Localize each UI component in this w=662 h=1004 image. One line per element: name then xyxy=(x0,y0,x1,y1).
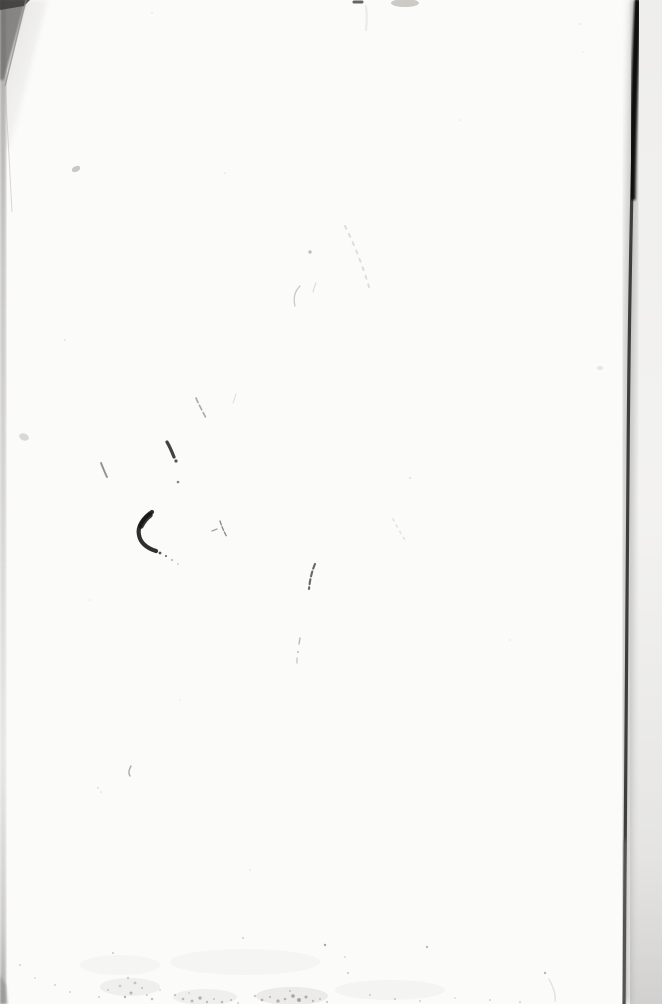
dust-speck xyxy=(112,952,114,954)
dust-speck xyxy=(394,998,396,1000)
dust-speck xyxy=(276,999,279,1002)
dust-speck xyxy=(191,1000,194,1003)
bold-ink-stroke xyxy=(167,442,174,457)
dust-speck xyxy=(159,989,161,991)
ink-stroke xyxy=(101,463,107,477)
dust-speck xyxy=(224,172,226,174)
dust-speck xyxy=(509,639,511,641)
faint-streak-upper xyxy=(345,226,369,287)
dust-speck xyxy=(291,994,295,998)
dust-speck xyxy=(146,994,148,996)
faint-speck xyxy=(100,791,102,793)
stain-wash xyxy=(170,949,320,975)
faint-speck xyxy=(151,12,153,14)
dust-speck xyxy=(98,996,100,998)
dust-speck xyxy=(409,477,411,479)
dust-speck xyxy=(130,992,133,995)
dust-speck xyxy=(319,998,321,1000)
dust-speck xyxy=(188,992,190,994)
speck xyxy=(347,972,349,974)
stain-wash xyxy=(335,980,445,1000)
speck xyxy=(426,946,428,948)
faint-spot xyxy=(597,366,603,370)
ink-dot xyxy=(165,555,167,557)
ink-dot xyxy=(171,559,173,561)
faint-tick xyxy=(313,283,316,292)
faint-speck xyxy=(97,787,99,789)
dust-speck xyxy=(141,987,143,989)
scanned-book-page xyxy=(0,0,662,1004)
dotted-mark xyxy=(299,638,300,644)
speckle-layer xyxy=(19,119,521,1004)
check-stroke xyxy=(220,521,227,537)
dust-speck xyxy=(297,998,301,1002)
faint-streak xyxy=(393,519,406,542)
dust-speck xyxy=(34,977,36,979)
dust-speck xyxy=(344,956,346,958)
dust-speck xyxy=(326,1001,328,1003)
speck xyxy=(544,972,546,974)
page-edge-soft-bottom-right xyxy=(623,840,626,1004)
dust-speck xyxy=(89,599,91,601)
dust-speck xyxy=(198,996,201,999)
check-dash xyxy=(212,529,217,531)
ink-dot xyxy=(159,552,162,555)
page-edge-strip-left xyxy=(0,0,6,1004)
smudge xyxy=(18,432,30,442)
stain-wash xyxy=(80,955,160,975)
scan-artifacts xyxy=(0,0,662,1004)
faint-speck xyxy=(582,51,584,53)
faint-tick xyxy=(233,394,236,403)
dust-speck xyxy=(174,994,176,996)
ink-marks-layer xyxy=(18,0,603,1004)
speck xyxy=(324,944,326,946)
dust-speck xyxy=(54,984,56,986)
dust-speck xyxy=(254,995,256,997)
ink-dot xyxy=(174,459,177,462)
dust-speck xyxy=(221,1001,224,1004)
ink-dot xyxy=(177,481,180,484)
dust-speck xyxy=(69,991,71,993)
dust-speck xyxy=(124,996,126,998)
dust-speck xyxy=(179,699,181,701)
dust-speck xyxy=(284,998,287,1001)
faint-curve xyxy=(549,979,555,1001)
dust-speck xyxy=(206,1001,208,1003)
dust-speck xyxy=(249,869,251,871)
top-edge-smudge xyxy=(391,0,419,7)
faint-wisp xyxy=(366,6,367,30)
dust-speck xyxy=(213,998,215,1000)
dust-speck xyxy=(134,982,137,985)
dust-speck xyxy=(261,999,264,1002)
dust-speck xyxy=(19,964,21,966)
dust-speck xyxy=(107,989,109,991)
stain-wash xyxy=(173,989,237,1004)
smudge xyxy=(71,165,82,174)
crescent-thick-part xyxy=(141,515,150,526)
dust-speck xyxy=(419,1000,421,1002)
dust-speck xyxy=(519,1001,521,1003)
ink-dot xyxy=(177,563,179,565)
dust-speck xyxy=(182,998,185,1001)
ink-stroke xyxy=(196,398,206,418)
dust-speck xyxy=(489,999,491,1001)
small-squiggle xyxy=(129,766,131,776)
dust-speck xyxy=(269,996,271,998)
dust-speck xyxy=(64,339,66,341)
speck xyxy=(242,937,244,939)
dust-speck xyxy=(305,996,308,999)
dust-speck xyxy=(119,985,122,988)
faint-squiggle xyxy=(294,286,300,306)
dust-speck xyxy=(151,998,154,1001)
dust-speck xyxy=(454,997,456,999)
dust-speck xyxy=(459,119,461,121)
dashed-ink-stroke xyxy=(309,564,315,589)
dust-speck xyxy=(289,990,291,992)
faint-speck xyxy=(579,23,581,25)
ink-dot xyxy=(297,651,299,653)
dust-speck xyxy=(312,1000,314,1002)
dust-speck xyxy=(369,994,371,996)
dust-speck xyxy=(230,999,232,1001)
dust-speck xyxy=(127,977,129,979)
ink-dot xyxy=(308,250,311,253)
